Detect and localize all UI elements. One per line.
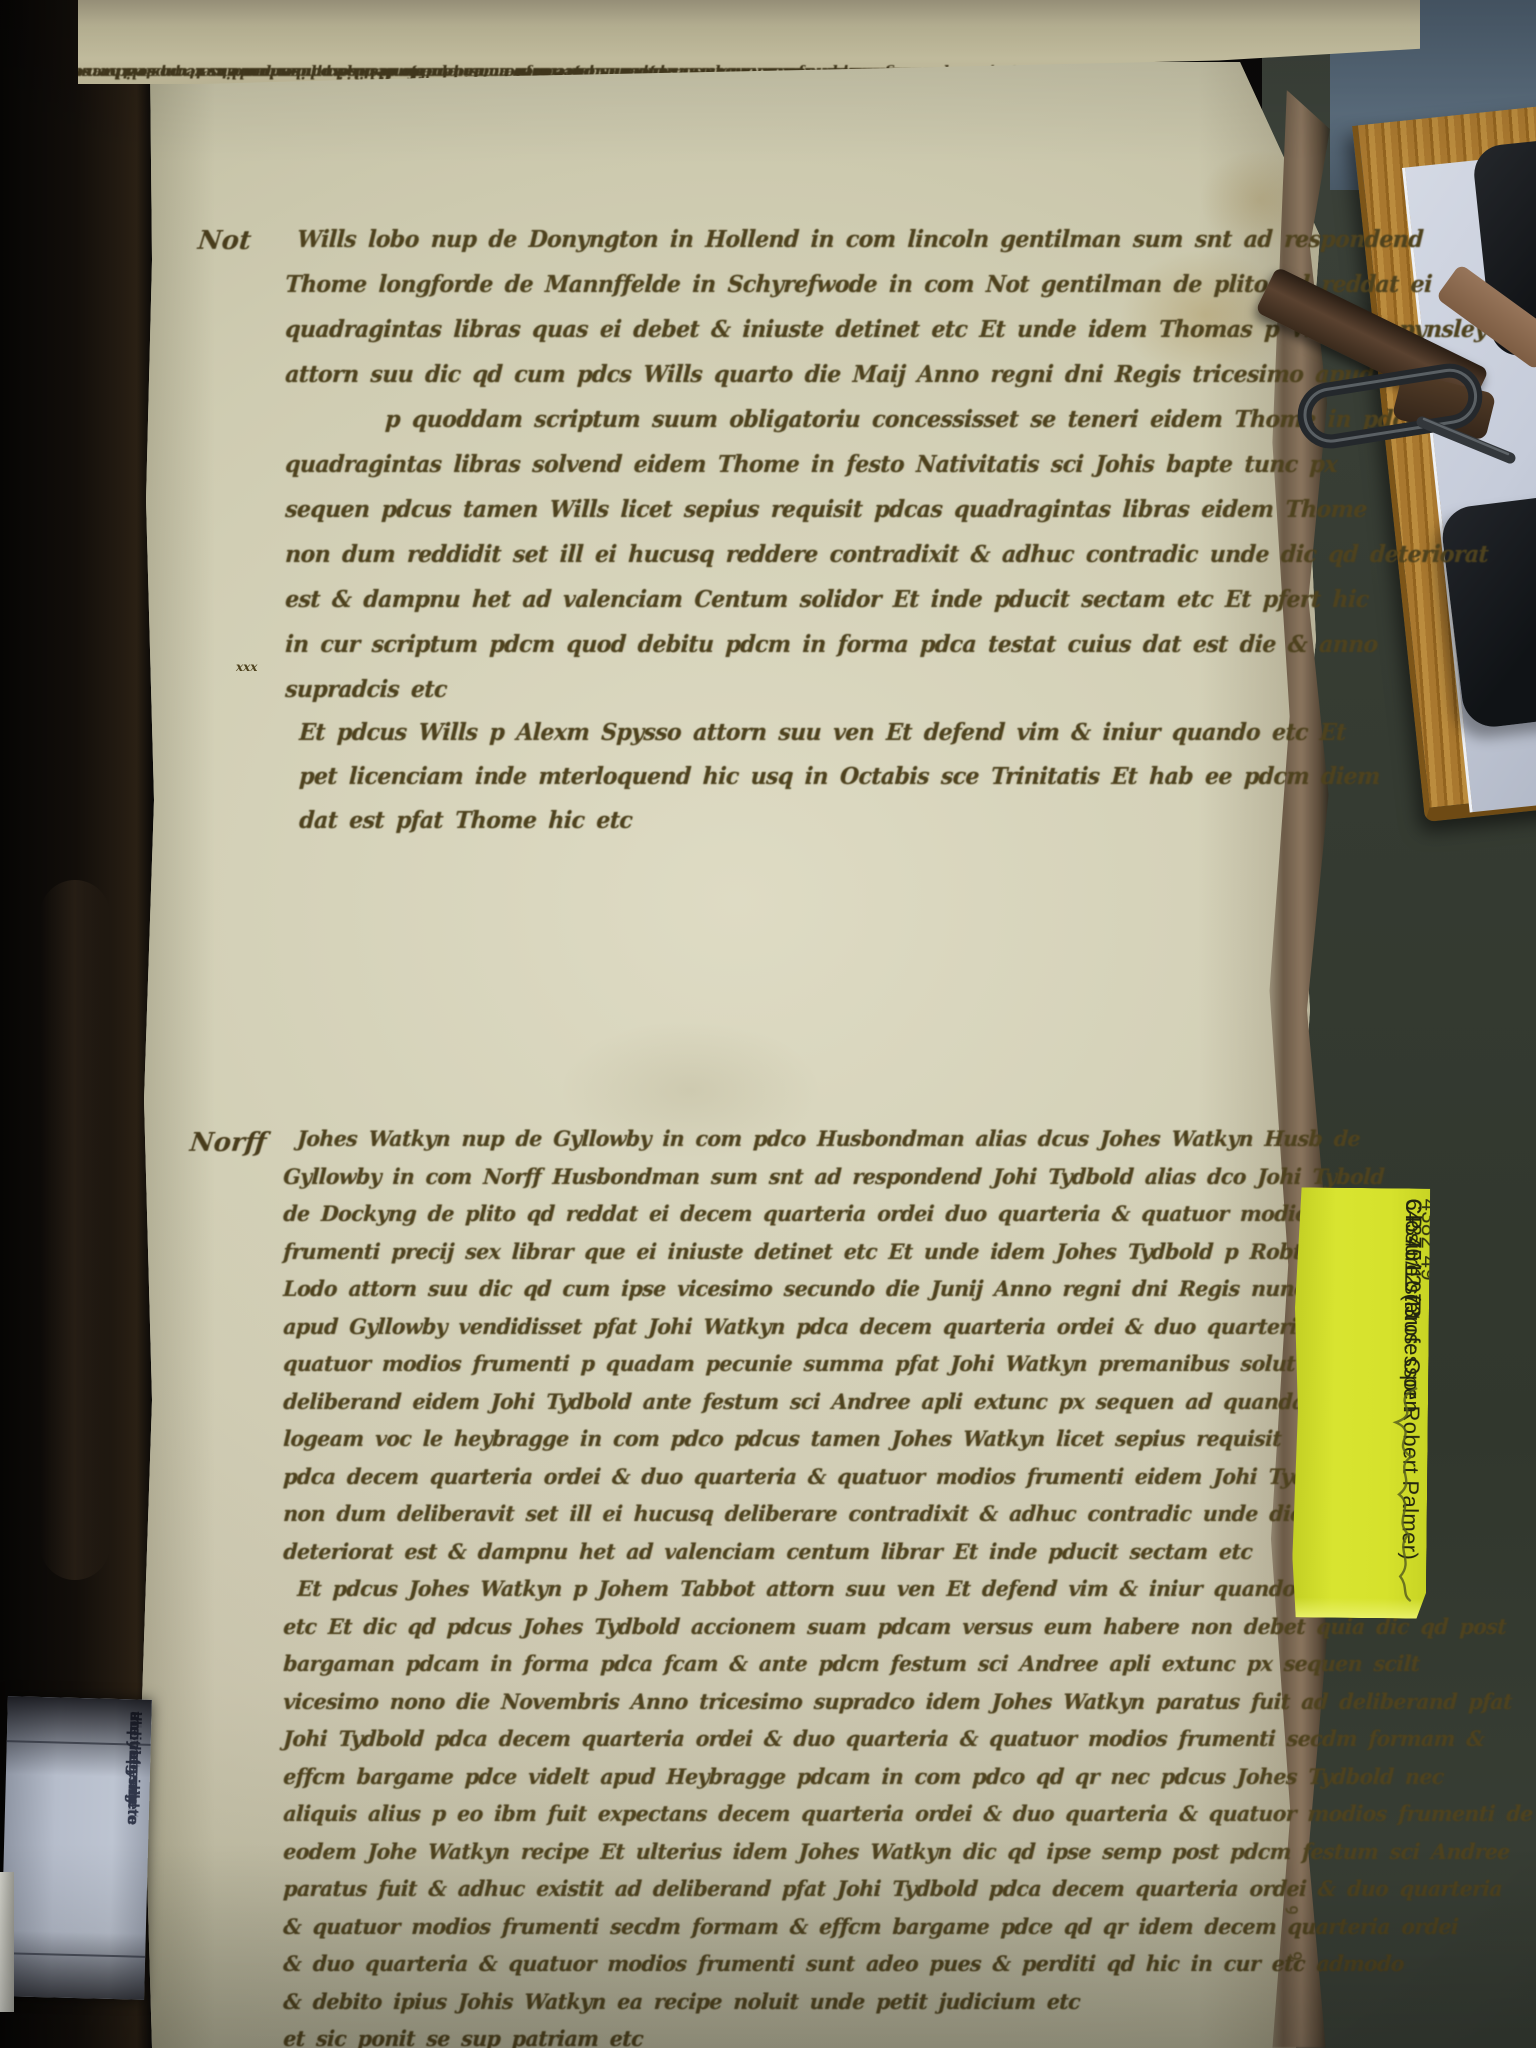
manuscript-line: Lodo attorn suu dic qd cum ipse vicesimo… [283,1276,1421,1301]
edge-mark: ꝯ [1284,1906,1304,1915]
manuscript-line: in cur scriptum pdcm quod debitu pdcm in… [285,631,1379,658]
manuscript-line: non dum deliberavit set ill ei hucusq de… [283,1501,1342,1526]
manuscript-line: p quoddam scriptum suum obligatoriu conc… [385,406,1426,433]
manuscript-line: pet licenciam inde mterloquend hic usq i… [299,763,1381,790]
manuscript-line: deliberand eidem Johi Tydbold ante festu… [283,1389,1327,1414]
county-margin-note-2: Norff [188,1128,267,1158]
manuscript-line: & debito ipius Johis Watkyn ea recipe no… [283,1989,1081,2014]
manuscript-line: aliquis alius p eo ibm fuit expectans de… [283,1801,1534,1826]
manuscript-line: Thome longforde de Mannffelde in Schyref… [285,271,1433,298]
yellow-catalog-note: 4382 49 CP 40/1073 6437512 (Professor Ro… [1292,1187,1430,1618]
note-curl-highlight [1292,1597,1426,1618]
manuscript-line: & quatuor modios frumenti secdm formam &… [283,1914,1459,1939]
manuscript-line: et sic ponit se sup patriam etc [283,2026,644,2048]
manuscript-line: Johi Tydbold pdca decem quarteria ordei … [283,1726,1485,1751]
edge-mark: ꝯ [1288,1952,1308,1961]
manuscript-line: attorn suu dic qd cum pdcs Wills quarto … [285,361,1375,388]
manuscript-line: quatuor modios frumenti p quadam pecunie… [283,1351,1296,1376]
manuscript-line: pdca decem quarteria ordei & duo quarter… [283,1464,1355,1489]
paper-sliver-corner [0,1872,14,2012]
manuscript-line: Johes Watkyn nup de Gyllowby in com pdco… [297,1126,1361,1151]
note-closure-status: Closure status: Open [1395,1198,1430,1413]
manuscript-line: frumenti precij sex librar que ei iniust… [283,1239,1338,1264]
manuscript-line: de Dockyng de plito qd reddat ei decem q… [283,1201,1320,1226]
handwritten-scrawl [1384,1384,1426,1604]
manuscript-line: Et pdcus Wills p Alexm Spysso attorn suu… [299,719,1347,746]
manuscript-line: non dum reddidit set ill ei hucusq redde… [285,541,1489,568]
roll-leather-sheen [40,880,110,1580]
white-instruction-slip: where to start copying and another slip … [0,1696,152,2000]
manuscript-line: & duo quarteria & quatuor modios frument… [283,1951,1405,1976]
county-margin-note-1: Not [196,226,252,256]
manuscript-line: supradcis etc [285,676,448,703]
metal-buckle-icon [1282,330,1532,520]
photograph-of-plea-roll: sciatur qd pdcus Johes venit hic in cur … [0,0,1536,2048]
manuscript-line: Gyllowby in com Norff Husbondman sum snt… [283,1164,1385,1189]
manuscript-line: Wills lobo nup de Donyngton in Hollend i… [297,226,1424,253]
manuscript-line: paratus fuit & adhuc existit ad delibera… [283,1876,1503,1901]
slip-line: should end. [122,1711,145,1804]
manuscript-line: deteriorat est & dampnu het ad valenciam… [283,1539,1253,1564]
manuscript-line: est & dampnu het ad valenciam Centum sol… [285,586,1370,613]
manuscript-line: effcm bargame pdce videlt apud Heybragge… [283,1764,1445,1789]
manuscript-line: sequen pdcus tamen Wills licet sepius re… [285,496,1368,523]
interlinear-correction-mark: xxx [236,660,257,674]
manuscript-line: vicesimo nono die Novembris Anno tricesi… [283,1689,1513,1714]
manuscript-line: logeam voc le heybragge in com pdco pdcu… [283,1426,1282,1451]
manuscript-line: bargaman pdcam in forma pdca fcam & ante… [283,1651,1421,1676]
manuscript-line: dat est pfat Thome hic etc [299,807,633,834]
manuscript-line: eodem Johe Watkyn recipe Et ulterius ide… [283,1839,1511,1864]
manuscript-line: apud Gyllowby vendidisset pfat Johi Watk… [283,1314,1340,1339]
manuscript-line: Et pdcus Johes Watkyn p Johem Tabbot att… [297,1576,1297,1601]
manuscript-line: quadragintas libras solvend eidem Thome … [285,451,1338,478]
